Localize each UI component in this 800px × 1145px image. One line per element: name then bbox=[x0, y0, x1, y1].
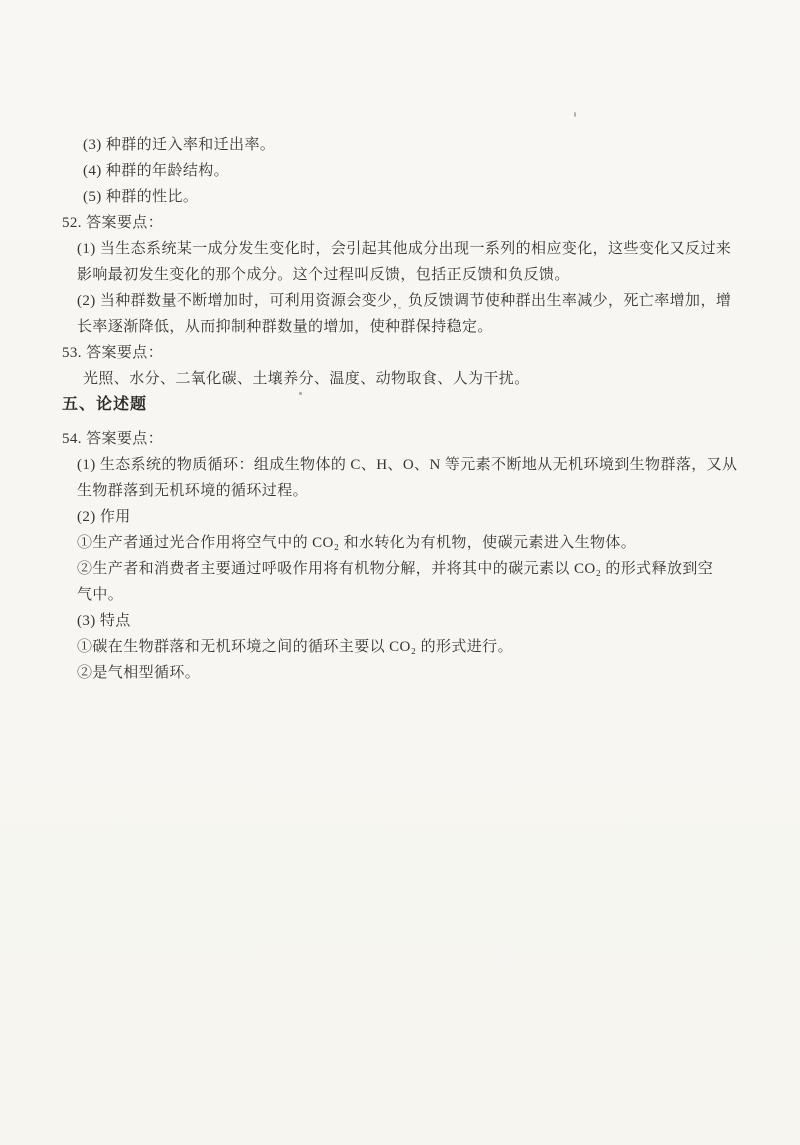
answer-line: ②生产者和消费者主要通过呼吸作用将有机物分解，并将其中的碳元素以 CO₂ 的形式… bbox=[0, 556, 800, 582]
answer-line: (2) 当种群数量不断增加时，可利用资源会变少，负反馈调节使种群出生率减少，死亡… bbox=[0, 288, 800, 314]
answer-line: (2) 作用 bbox=[0, 504, 800, 530]
answer-line: 生物群落到无机环境的循环过程。 bbox=[0, 478, 800, 504]
document-page: (3) 种群的迁入率和迁出率。 (4) 种群的年龄结构。 (5) 种群的性比。 … bbox=[0, 0, 800, 1145]
scan-speck bbox=[299, 392, 302, 395]
answer-header-53: 53. 答案要点： bbox=[0, 340, 800, 366]
section-heading: 五、论述题 bbox=[0, 392, 800, 418]
answer-header-54: 54. 答案要点： bbox=[0, 426, 800, 452]
answer-line: ①碳在生物群落和无机环境之间的循环主要以 CO₂ 的形式进行。 bbox=[0, 634, 800, 660]
answer-line: 光照、水分、二氧化碳、土壤养分、温度、动物取食、人为干扰。 bbox=[0, 366, 800, 392]
answer-item: (4) 种群的年龄结构。 bbox=[0, 158, 800, 184]
scan-speck bbox=[574, 112, 576, 117]
answer-line: 气中。 bbox=[0, 582, 800, 608]
answer-item: (3) 种群的迁入率和迁出率。 bbox=[0, 132, 800, 158]
answer-item: (5) 种群的性比。 bbox=[0, 184, 800, 210]
answer-line: (3) 特点 bbox=[0, 608, 800, 634]
answer-header-52: 52. 答案要点： bbox=[0, 210, 800, 236]
answer-line: (1) 生态系统的物质循环：组成生物体的 C、H、O、N 等元素不断地从无机环境… bbox=[0, 452, 800, 478]
answer-line: 影响最初发生变化的那个成分。这个过程叫反馈，包括正反馈和负反馈。 bbox=[0, 262, 800, 288]
answer-line: ①生产者通过光合作用将空气中的 CO₂ 和水转化为有机物，使碳元素进入生物体。 bbox=[0, 530, 800, 556]
answer-line: 长率逐渐降低，从而抑制种群数量的增加，使种群保持稳定。 bbox=[0, 314, 800, 340]
answer-line: ②是气相型循环。 bbox=[0, 660, 800, 686]
answer-line: (1) 当生态系统某一成分发生变化时，会引起其他成分出现一系列的相应变化，这些变… bbox=[0, 236, 800, 262]
scan-speck bbox=[398, 307, 401, 309]
